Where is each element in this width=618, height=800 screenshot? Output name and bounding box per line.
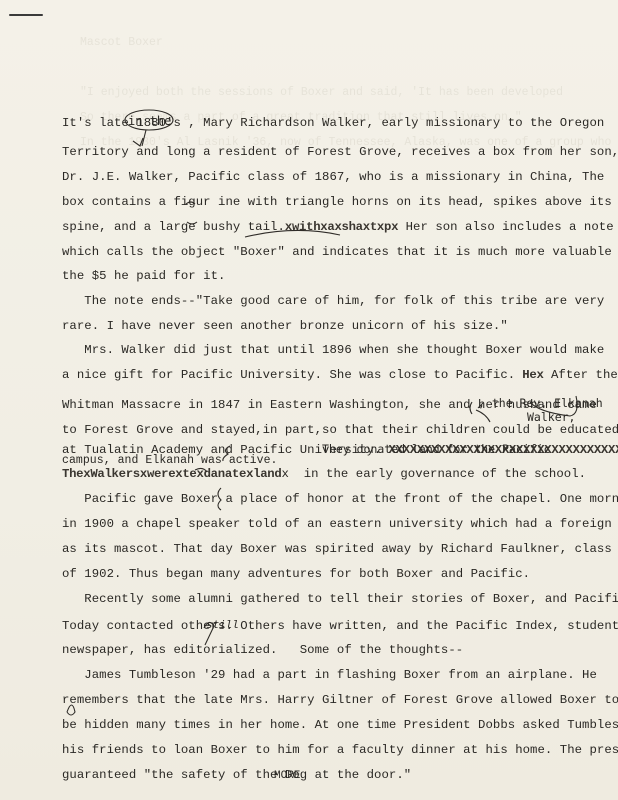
text-line: The note ends--"Take good care of him, f… (62, 294, 604, 308)
text-line: ThexWalkersxwerextexdanatexlandx in the … (62, 467, 586, 481)
text-line: spine, and a large bushy tail.xwithxaxsh… (62, 220, 614, 234)
text-line: Today contacted others. Others have writ… (62, 619, 618, 633)
text-line: James Tumbleson '29 had a part in flashi… (62, 668, 597, 682)
struck-out-text: Hex (515, 368, 543, 382)
text-line: as its mascot. That day Boxer was spirit… (62, 542, 612, 556)
text-line: his friends to loan Boxer to him for a f… (62, 743, 618, 757)
text-line: to Forest Grove and stayed,in part,so th… (62, 423, 618, 437)
insertion-donated-land: They donated land for the Pacific (322, 442, 550, 456)
text-line: Pacific gave Boxer a place of honor at t… (62, 492, 618, 506)
struck-out-text: xwithxaxshaxtxpx (285, 220, 398, 234)
bleed-through-text: Mascot Boxer "I enjoyed both the session… (80, 30, 600, 155)
footer-more: MORE (274, 770, 300, 782)
corner-mark (9, 14, 43, 16)
insertion-still: still (206, 618, 239, 631)
text-line: rare. I have never seen another bronze u… (62, 319, 508, 333)
insertion-rev-elkanah: , the Rev. Elkanah (478, 396, 603, 410)
text-line: Territory and long a resident of Forest … (62, 145, 618, 159)
text-line: in 1900 a chapel speaker told of an east… (62, 517, 618, 531)
text-line: box contains a figur ine with triangle h… (62, 195, 612, 209)
text-line: campus, and Elkanah was active. (62, 454, 278, 467)
text-line: a nice gift for Pacific University. She … (62, 368, 618, 382)
insertion-in-the: in the (128, 114, 171, 128)
text-line: which calls the object "Boxer" and indic… (62, 245, 618, 259)
insertion-walker: Walker, (527, 410, 575, 424)
struck-out-text: ThexWalkersxwerextexdanatexland (62, 467, 281, 481)
text-line: Recently some alumni gathered to tell th… (62, 592, 618, 606)
text-line: remembers that the late Mrs. Harry Giltn… (62, 693, 618, 707)
text-line: the $5 he paid for it. (62, 269, 225, 283)
text-line: Dr. J.E. Walker, Pacific class of 1867, … (62, 170, 604, 184)
text-line: be hidden many times in her home. At one… (62, 718, 618, 732)
text-line: guaranteed "the safety of the Dog at the… (62, 768, 411, 782)
document-page: Mascot Boxer "I enjoyed both the session… (0, 0, 618, 800)
text-line: of 1902. Thus began many adventures for … (62, 567, 530, 581)
text-line: Mrs. Walker did just that until 1896 whe… (62, 343, 604, 357)
text-line: newspaper, has editorialized. Some of th… (62, 643, 463, 657)
